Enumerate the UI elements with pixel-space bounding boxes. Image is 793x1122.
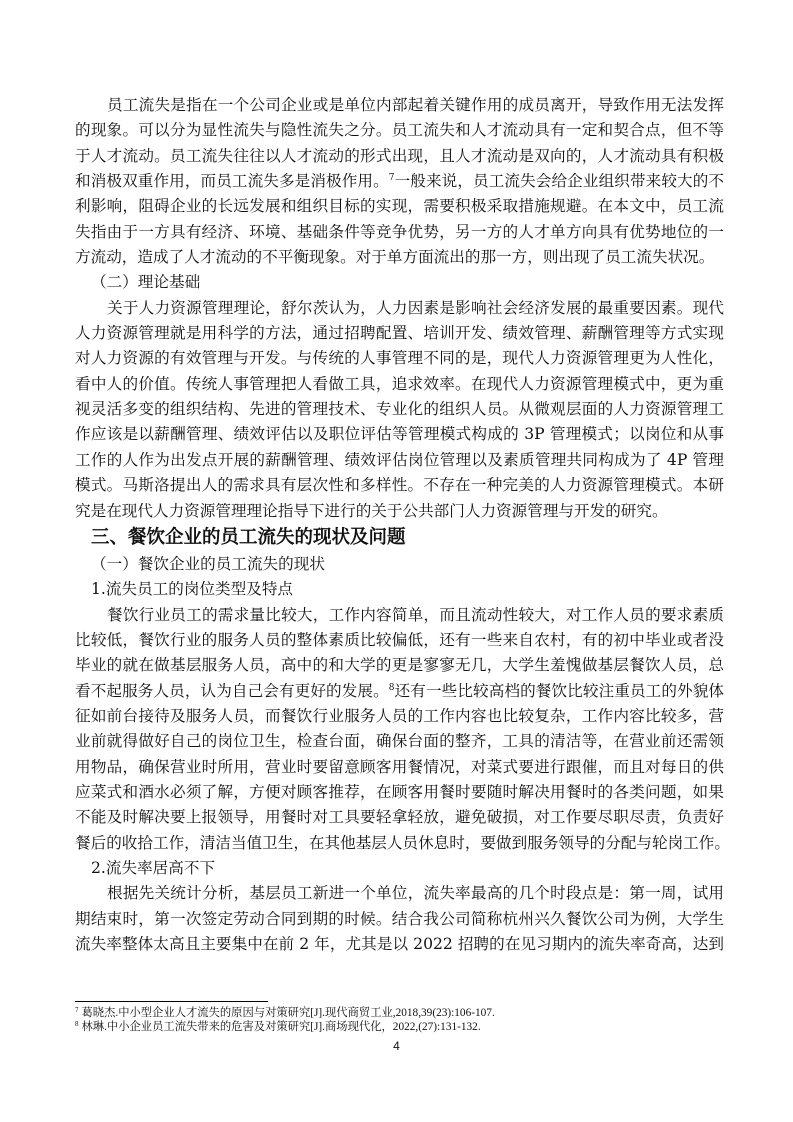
text-segment: 还有一些比较高档的餐饮比较注重员工的外貌体 bbox=[395, 682, 724, 700]
section-heading-current-status: （一）餐饮企业的员工流失的现状 bbox=[75, 552, 724, 577]
text-line: 业前就得做好自己的岗位卫生，检查台面，确保台面的整齐，工具的清洁等，在营业前还需… bbox=[75, 729, 724, 754]
footnote-text: 葛晓杰.中小型企业人才流失的原因与对策研究[J].现代商贸工业,2018,39(… bbox=[82, 1007, 495, 1019]
paragraph-employee-turnover-definition: 员工流失是指在一个公司企业或是单位内部起着关键作用的成员离开，导致作用无法发挥 … bbox=[75, 93, 724, 270]
text-line: 人力资源管理就是用科学的方法，通过招聘配置、培训开发、绩效管理、薪酬管理等方式实… bbox=[75, 321, 724, 346]
text-line: 用物品，确保营业时所用，营业时要留意顾客用餐情况，对菜式要进行跟催，而且对每日的… bbox=[75, 755, 724, 780]
text-line: 看不起服务人员，认为自己会有更好的发展。8还有一些比较高档的餐饮比较注重员工的外… bbox=[75, 679, 724, 704]
text-segment: 和消极双重作用，而员工流失多是消极作用。 bbox=[75, 172, 389, 190]
text-line: 不能及时解决要上报领导，用餐时对工具要轻拿轻放，避免破损，对工作要尽职尽责，负责… bbox=[75, 805, 724, 830]
text-line: 模式。马斯洛提出人的需求具有层次性和多样性。不存在一种完美的人力资源管理模式。本… bbox=[75, 473, 724, 498]
text-segment: 看不起服务人员，认为自己会有更好的发展。 bbox=[75, 682, 389, 700]
text-line: 流失率整体太高且主要集中在前 2 年，尤其是以 2022 招聘的在见习期内的流失… bbox=[75, 932, 724, 957]
text-line: 员工流失是指在一个公司企业或是单位内部起着关键作用的成员离开，导致作用无法发挥 bbox=[75, 93, 724, 118]
footnotes: 7葛晓杰.中小型企业人才流失的原因与对策研究[J].现代商贸工业,2018,39… bbox=[75, 1006, 725, 1034]
chapter-heading: 三、餐饮企业的员工流失的现状及问题 bbox=[75, 524, 724, 552]
text-line: 征如前台接待及服务人员，而餐饮行业服务人员的工作内容也比较复杂，工作内容比较多，… bbox=[75, 704, 724, 729]
text-line: 关于人力资源管理理论，舒尔茨认为，人力因素是影响社会经济发展的最重要因素。现代 bbox=[75, 296, 724, 321]
text-line: 比较低，餐饮行业的服务人员的整体素质比较偏低，还有一些来自农村，有的初中毕业或者… bbox=[75, 628, 724, 653]
paragraph-hr-theory: 关于人力资源管理理论，舒尔茨认为，人力因素是影响社会经济发展的最重要因素。现代 … bbox=[75, 296, 724, 524]
footnote-separator bbox=[75, 1001, 268, 1002]
page-number: 4 bbox=[0, 1039, 793, 1053]
section-heading-theory-basis: （二）理论基础 bbox=[75, 270, 724, 295]
subsection-heading-position-types: 1.流失员工的岗位类型及特点 bbox=[75, 577, 724, 602]
text-line: 方流动，造成了人才流动的不平衡现象。对于单方面流出的那一方，则出现了员工流失状况… bbox=[75, 245, 724, 270]
text-segment: 一般来说，员工流失会给企业组织带来较大的不 bbox=[395, 172, 724, 190]
text-line: 失指由于一方具有经济、环境、基础条件等竞争优势，另一方的人才单方向具有优势地位的… bbox=[75, 220, 724, 245]
text-line: 餐后的收拾工作，清洁当值卫生，在其他基层人员休息时，要做到服务领导的分配与轮岗工… bbox=[75, 831, 724, 856]
text-line: 视灵活多变的组织结构、先进的管理技术、专业化的组织人员。从微观层面的人力资源管理… bbox=[75, 397, 724, 422]
text-line: 根据先关统计分析，基层员工新进一个单位，流失率最高的几个时段点是：第一周，试用 bbox=[75, 881, 724, 906]
text-line: 的现象。可以分为显性流失与隐性流失之分。员工流失和人才流动具有一定和契合点，但不… bbox=[75, 118, 724, 143]
text-line: 作应该是以薪酬管理、绩效评估以及职位评估等管理模式构成的 3P 管理模式；以岗位… bbox=[75, 422, 724, 447]
footnote-8: 8林琳.中小企业员工流失带来的危害及对策研究[J].商场现代化，2022,(27… bbox=[75, 1020, 725, 1034]
document-page: 员工流失是指在一个公司企业或是单位内部起着关键作用的成员离开，导致作用无法发挥 … bbox=[0, 0, 793, 1122]
footnote-text: 林琳.中小企业员工流失带来的危害及对策研究[J].商场现代化，2022,(27)… bbox=[82, 1021, 481, 1033]
paragraph-turnover-rate: 根据先关统计分析，基层员工新进一个单位，流失率最高的几个时段点是：第一周，试用 … bbox=[75, 881, 724, 957]
text-line: 和消极双重作用，而员工流失多是消极作用。7一般来说，员工流失会给企业组织带来较大… bbox=[75, 169, 724, 194]
text-line: 利影响，阻碍企业的长远发展和组织目标的实现，需要积极采取措施规避。在本文中，员工… bbox=[75, 194, 724, 219]
text-line: 应菜式和酒水必须了解，方便对顾客推荐，在顾客用餐时要随时解决用餐时的各类问题，如… bbox=[75, 780, 724, 805]
footnote-7: 7葛晓杰.中小型企业人才流失的原因与对策研究[J].现代商贸工业,2018,39… bbox=[75, 1006, 725, 1020]
body-text: 员工流失是指在一个公司企业或是单位内部起着关键作用的成员离开，导致作用无法发挥 … bbox=[75, 93, 724, 957]
footnote-number: 8 bbox=[75, 1020, 79, 1028]
subsection-heading-turnover-rate: 2.流失率居高不下 bbox=[75, 856, 724, 881]
text-line: 工作的人作为出发点开展的薪酬管理、绩效评估岗位管理以及素质管理共同构成为了 4P… bbox=[75, 448, 724, 473]
footnote-number: 7 bbox=[75, 1006, 79, 1014]
paragraph-position-characteristics: 餐饮行业员工的需求量比较大，工作内容简单，而且流动性较大，对工作人员的要求素质 … bbox=[75, 603, 724, 856]
text-line: 期结束时，第一次签定劳动合同到期的时候。结合我公司简称杭州兴久餐饮公司为例，大学… bbox=[75, 907, 724, 932]
text-line: 对人力资源的有效管理与开发。与传统的人事管理不同的是，现代人力资源管理更为人性化… bbox=[75, 346, 724, 371]
text-line: 毕业的就在做基层服务人员，高中的和大学的更是寥寥无几，大学生羞愧做基层餐饮人员，… bbox=[75, 653, 724, 678]
text-line: 究是在现代人力资源管理理论指导下进行的关于公共部门人力资源管理与开发的研究。 bbox=[75, 499, 724, 524]
text-line: 于人才流动。员工流失往往以人才流动的形式出现，且人才流动是双向的，人才流动具有积… bbox=[75, 144, 724, 169]
text-line: 看中人的价值。传统人事管理把人看做工具，追求效率。在现代人力资源管理模式中，更为… bbox=[75, 372, 724, 397]
text-line: 餐饮行业员工的需求量比较大，工作内容简单，而且流动性较大，对工作人员的要求素质 bbox=[75, 603, 724, 628]
